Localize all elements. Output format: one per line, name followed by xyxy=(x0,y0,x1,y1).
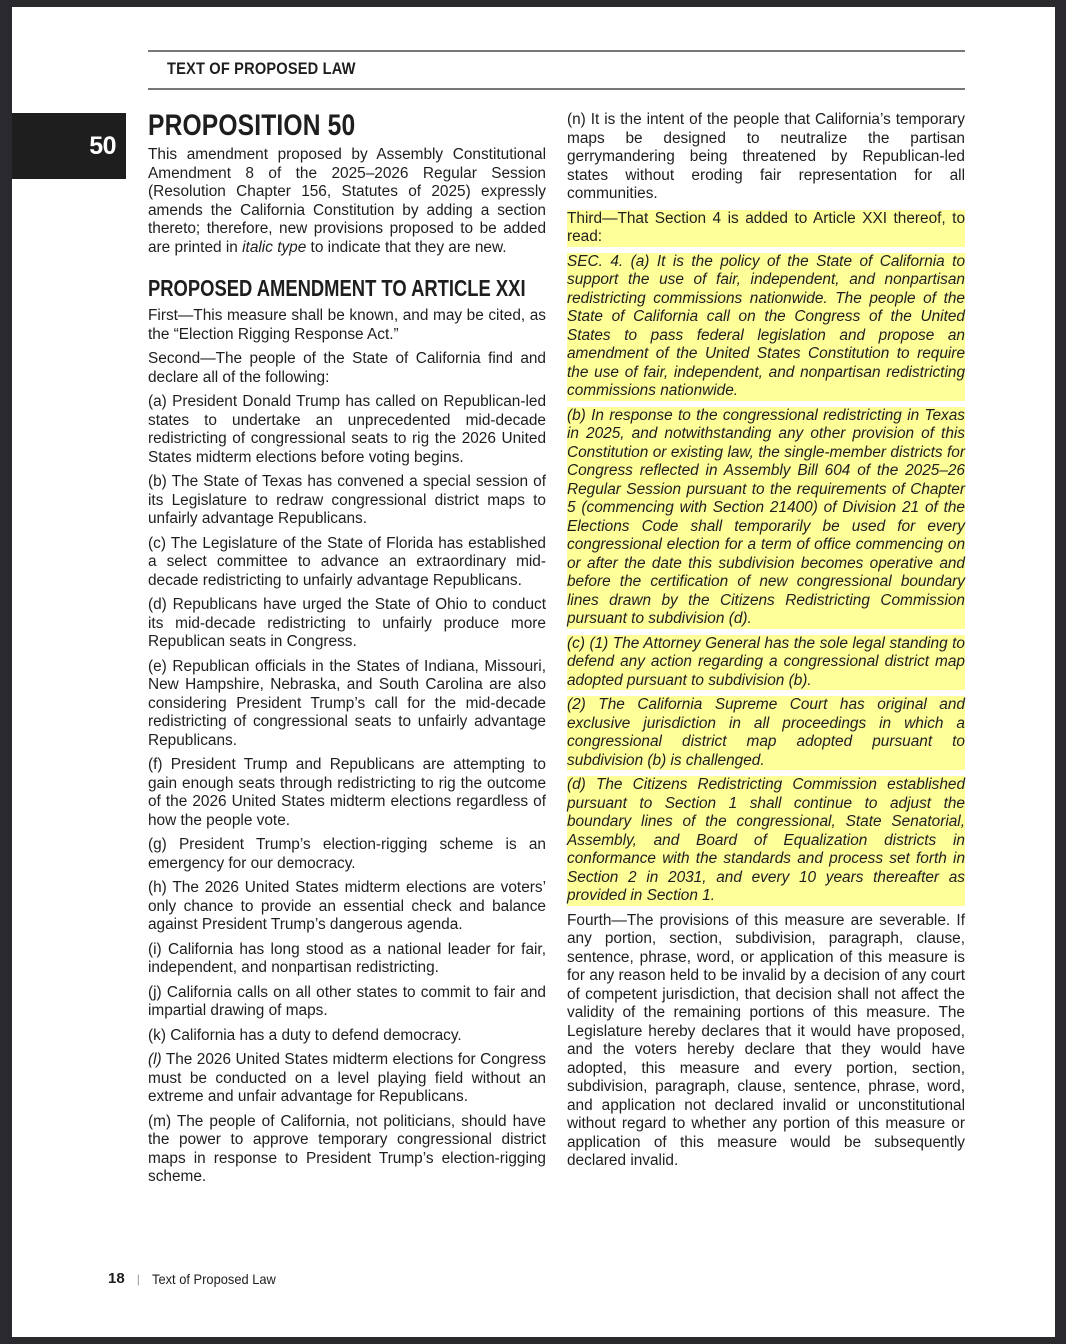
finding-text: The State of Texas has convened a specia… xyxy=(148,473,546,527)
page-footer: 18 | Text of Proposed Law xyxy=(108,1270,286,1287)
left-column: PROPOSITION 50 This amendment proposed b… xyxy=(148,110,546,1193)
document-page: TEXT OF PROPOSED LAW 50 PROPOSITION 50 T… xyxy=(12,7,1055,1337)
finding-text: President Trump’s election-rigging schem… xyxy=(148,836,546,872)
finding-a: (a) President Donald Trump has called on… xyxy=(148,393,546,467)
finding-text: The people of California, not politician… xyxy=(148,1113,546,1186)
finding-label: (i) xyxy=(148,941,162,958)
tab-number: 50 xyxy=(89,132,116,161)
fourth-clause: Fourth—The provisions of this measure ar… xyxy=(567,912,965,1171)
finding-text: President Donald Trump has called on Rep… xyxy=(148,393,546,466)
finding-h: (h) The 2026 United States midterm elect… xyxy=(148,879,546,935)
finding-label: (b) xyxy=(148,473,167,490)
finding-text: Republicans have urged the State of Ohio… xyxy=(148,596,546,650)
intro-text-end: to indicate that they are new. xyxy=(306,239,506,256)
right-column: (n) It is the intent of the people that … xyxy=(567,111,965,1177)
footer-separator: | xyxy=(137,1272,140,1286)
finding-l: (l) The 2026 United States midterm elect… xyxy=(148,1051,546,1107)
finding-label: (k) xyxy=(148,1027,166,1044)
finding-g: (g) President Trump’s election-rigging s… xyxy=(148,836,546,873)
finding-e: (e) Republican officials in the States o… xyxy=(148,658,546,751)
finding-text: President Trump and Republicans are atte… xyxy=(148,756,546,829)
proposition-number-tab: 50 xyxy=(12,113,126,179)
intro-paragraph: This amendment proposed by Assembly Cons… xyxy=(148,146,546,257)
page-number: 18 xyxy=(108,1270,125,1287)
finding-label: (j) xyxy=(148,984,162,1001)
section-4b-highlighted: (b) In response to the congressional red… xyxy=(567,407,965,629)
finding-label: (g) xyxy=(148,836,167,853)
finding-label: (d) xyxy=(148,596,167,613)
section-4c2-highlighted: (2) The California Supreme Court has ori… xyxy=(567,696,965,770)
second-clause: Second—The people of the State of Califo… xyxy=(148,350,546,387)
section-4c1-highlighted: (c) (1) The Attorney General has the sol… xyxy=(567,635,965,691)
finding-n: (n) It is the intent of the people that … xyxy=(567,111,965,204)
finding-label: (a) xyxy=(148,393,167,410)
section-4d-highlighted: (d) The Citizens Redistricting Commissio… xyxy=(567,776,965,906)
finding-c: (c) The Legislature of the State of Flor… xyxy=(148,535,546,591)
finding-label: (l) xyxy=(148,1051,162,1068)
finding-j: (j) California calls on all other states… xyxy=(148,984,546,1021)
finding-text: The Legislature of the State of Florida … xyxy=(148,535,546,589)
finding-i: (i) California has long stood as a natio… xyxy=(148,941,546,978)
section-heading: PROPOSED AMENDMENT TO ARTICLE XXI xyxy=(148,275,466,301)
finding-text: California calls on all other states to … xyxy=(148,984,546,1020)
finding-text: California has a duty to defend democrac… xyxy=(166,1027,462,1044)
intro-italic-text: italic type xyxy=(242,239,306,256)
finding-k: (k) California has a duty to defend demo… xyxy=(148,1027,546,1046)
header-rule-bottom xyxy=(148,88,965,90)
finding-b: (b) The State of Texas has convened a sp… xyxy=(148,473,546,529)
finding-d: (d) Republicans have urged the State of … xyxy=(148,596,546,652)
page-title: PROPOSITION 50 xyxy=(148,110,474,142)
finding-f: (f) President Trump and Republicans are … xyxy=(148,756,546,830)
finding-label: (c) xyxy=(148,535,166,552)
finding-label: (m) xyxy=(148,1113,171,1130)
running-head: TEXT OF PROPOSED LAW xyxy=(167,59,356,79)
finding-text: The 2026 United States midterm elections… xyxy=(148,1051,546,1105)
finding-text: Republican officials in the States of In… xyxy=(148,658,546,749)
footer-label: Text of Proposed Law xyxy=(152,1271,276,1287)
finding-label: (e) xyxy=(148,658,167,675)
finding-m: (m) The people of California, not politi… xyxy=(148,1113,546,1187)
third-clause-highlighted: Third—That Section 4 is added to Article… xyxy=(567,210,965,247)
first-clause: First—This measure shall be known, and m… xyxy=(148,307,546,344)
finding-label: (f) xyxy=(148,756,163,773)
header-rule-top xyxy=(148,50,965,52)
finding-label: (h) xyxy=(148,879,167,896)
section-4a-highlighted: SEC. 4. (a) It is the policy of the Stat… xyxy=(567,253,965,401)
finding-text: The 2026 United States midterm elections… xyxy=(148,879,546,933)
finding-text: California has long stood as a national … xyxy=(148,941,546,977)
